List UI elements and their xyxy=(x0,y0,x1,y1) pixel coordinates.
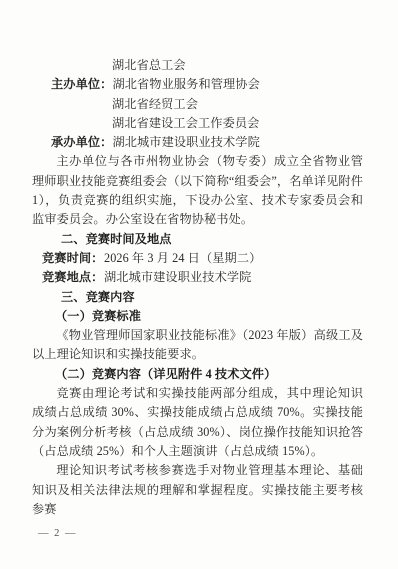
organizer-row: 主办单位： 湖北省物业服务和管理协会 xyxy=(32,75,363,94)
competition-content-paragraph-1: 竞赛由理论考试和实操技能两部分组成，其中理论知识成绩占总成绩 30%、实操技能成… xyxy=(32,384,363,461)
section3-sub2-heading: （二）竞赛内容（详见附件 4 技术文件） xyxy=(32,365,363,384)
competition-time-row: 竞赛时间： 2026 年 3 月 24 日（星期二） xyxy=(32,249,363,268)
document-body: 湖北省总工会 主办单位： 湖北省物业服务和管理协会 湖北省经贸工会 湖北省建设工… xyxy=(32,56,363,519)
unit-value-carryover: 湖北省总工会 xyxy=(32,56,363,75)
organizer-label: 主办单位： xyxy=(51,75,112,94)
competition-time-value: 2026 年 3 月 24 日（星期二） xyxy=(104,249,261,268)
organizer-value-2: 湖北省经贸工会 xyxy=(32,95,363,114)
competition-standard-paragraph: 《物业管理师国家职业技能标准》（2023 年版）高级工及以上理论知识和实操技能要… xyxy=(32,326,363,365)
committee-paragraph: 主办单位与各市州物业协会（物专委）成立全省物业管理师职业技能竞赛组委会（以下简称… xyxy=(32,152,363,229)
section2-heading: 二、竞赛时间及地点 xyxy=(32,230,363,249)
section3-heading: 三、竞赛内容 xyxy=(32,288,363,307)
competition-venue-value: 湖北城市建设职业技术学院 xyxy=(104,268,251,287)
competition-content-paragraph-2: 理论知识考试考核参赛选手对物业管理基本理论、基础知识及相关法律法规的理解和掌握程… xyxy=(32,461,363,519)
competition-time-label: 竞赛时间： xyxy=(42,249,104,268)
document-page: 湖北省总工会 主办单位： 湖北省物业服务和管理协会 湖北省经贸工会 湖北省建设工… xyxy=(0,0,398,569)
undertaker-value: 湖北城市建设职业技术学院 xyxy=(112,133,259,152)
page-number: — 2 — xyxy=(38,528,77,539)
competition-venue-label: 竞赛地点： xyxy=(42,268,104,287)
undertaker-label: 承办单位： xyxy=(51,133,112,152)
competition-venue-row: 竞赛地点： 湖北城市建设职业技术学院 xyxy=(32,268,363,287)
undertaker-row: 承办单位： 湖北城市建设职业技术学院 xyxy=(32,133,363,152)
organizer-value-1: 湖北省物业服务和管理协会 xyxy=(112,75,259,94)
section3-sub1-heading: （一）竞赛标准 xyxy=(32,307,363,326)
organizer-value-3: 湖北省建设工会工作委员会 xyxy=(32,114,363,133)
